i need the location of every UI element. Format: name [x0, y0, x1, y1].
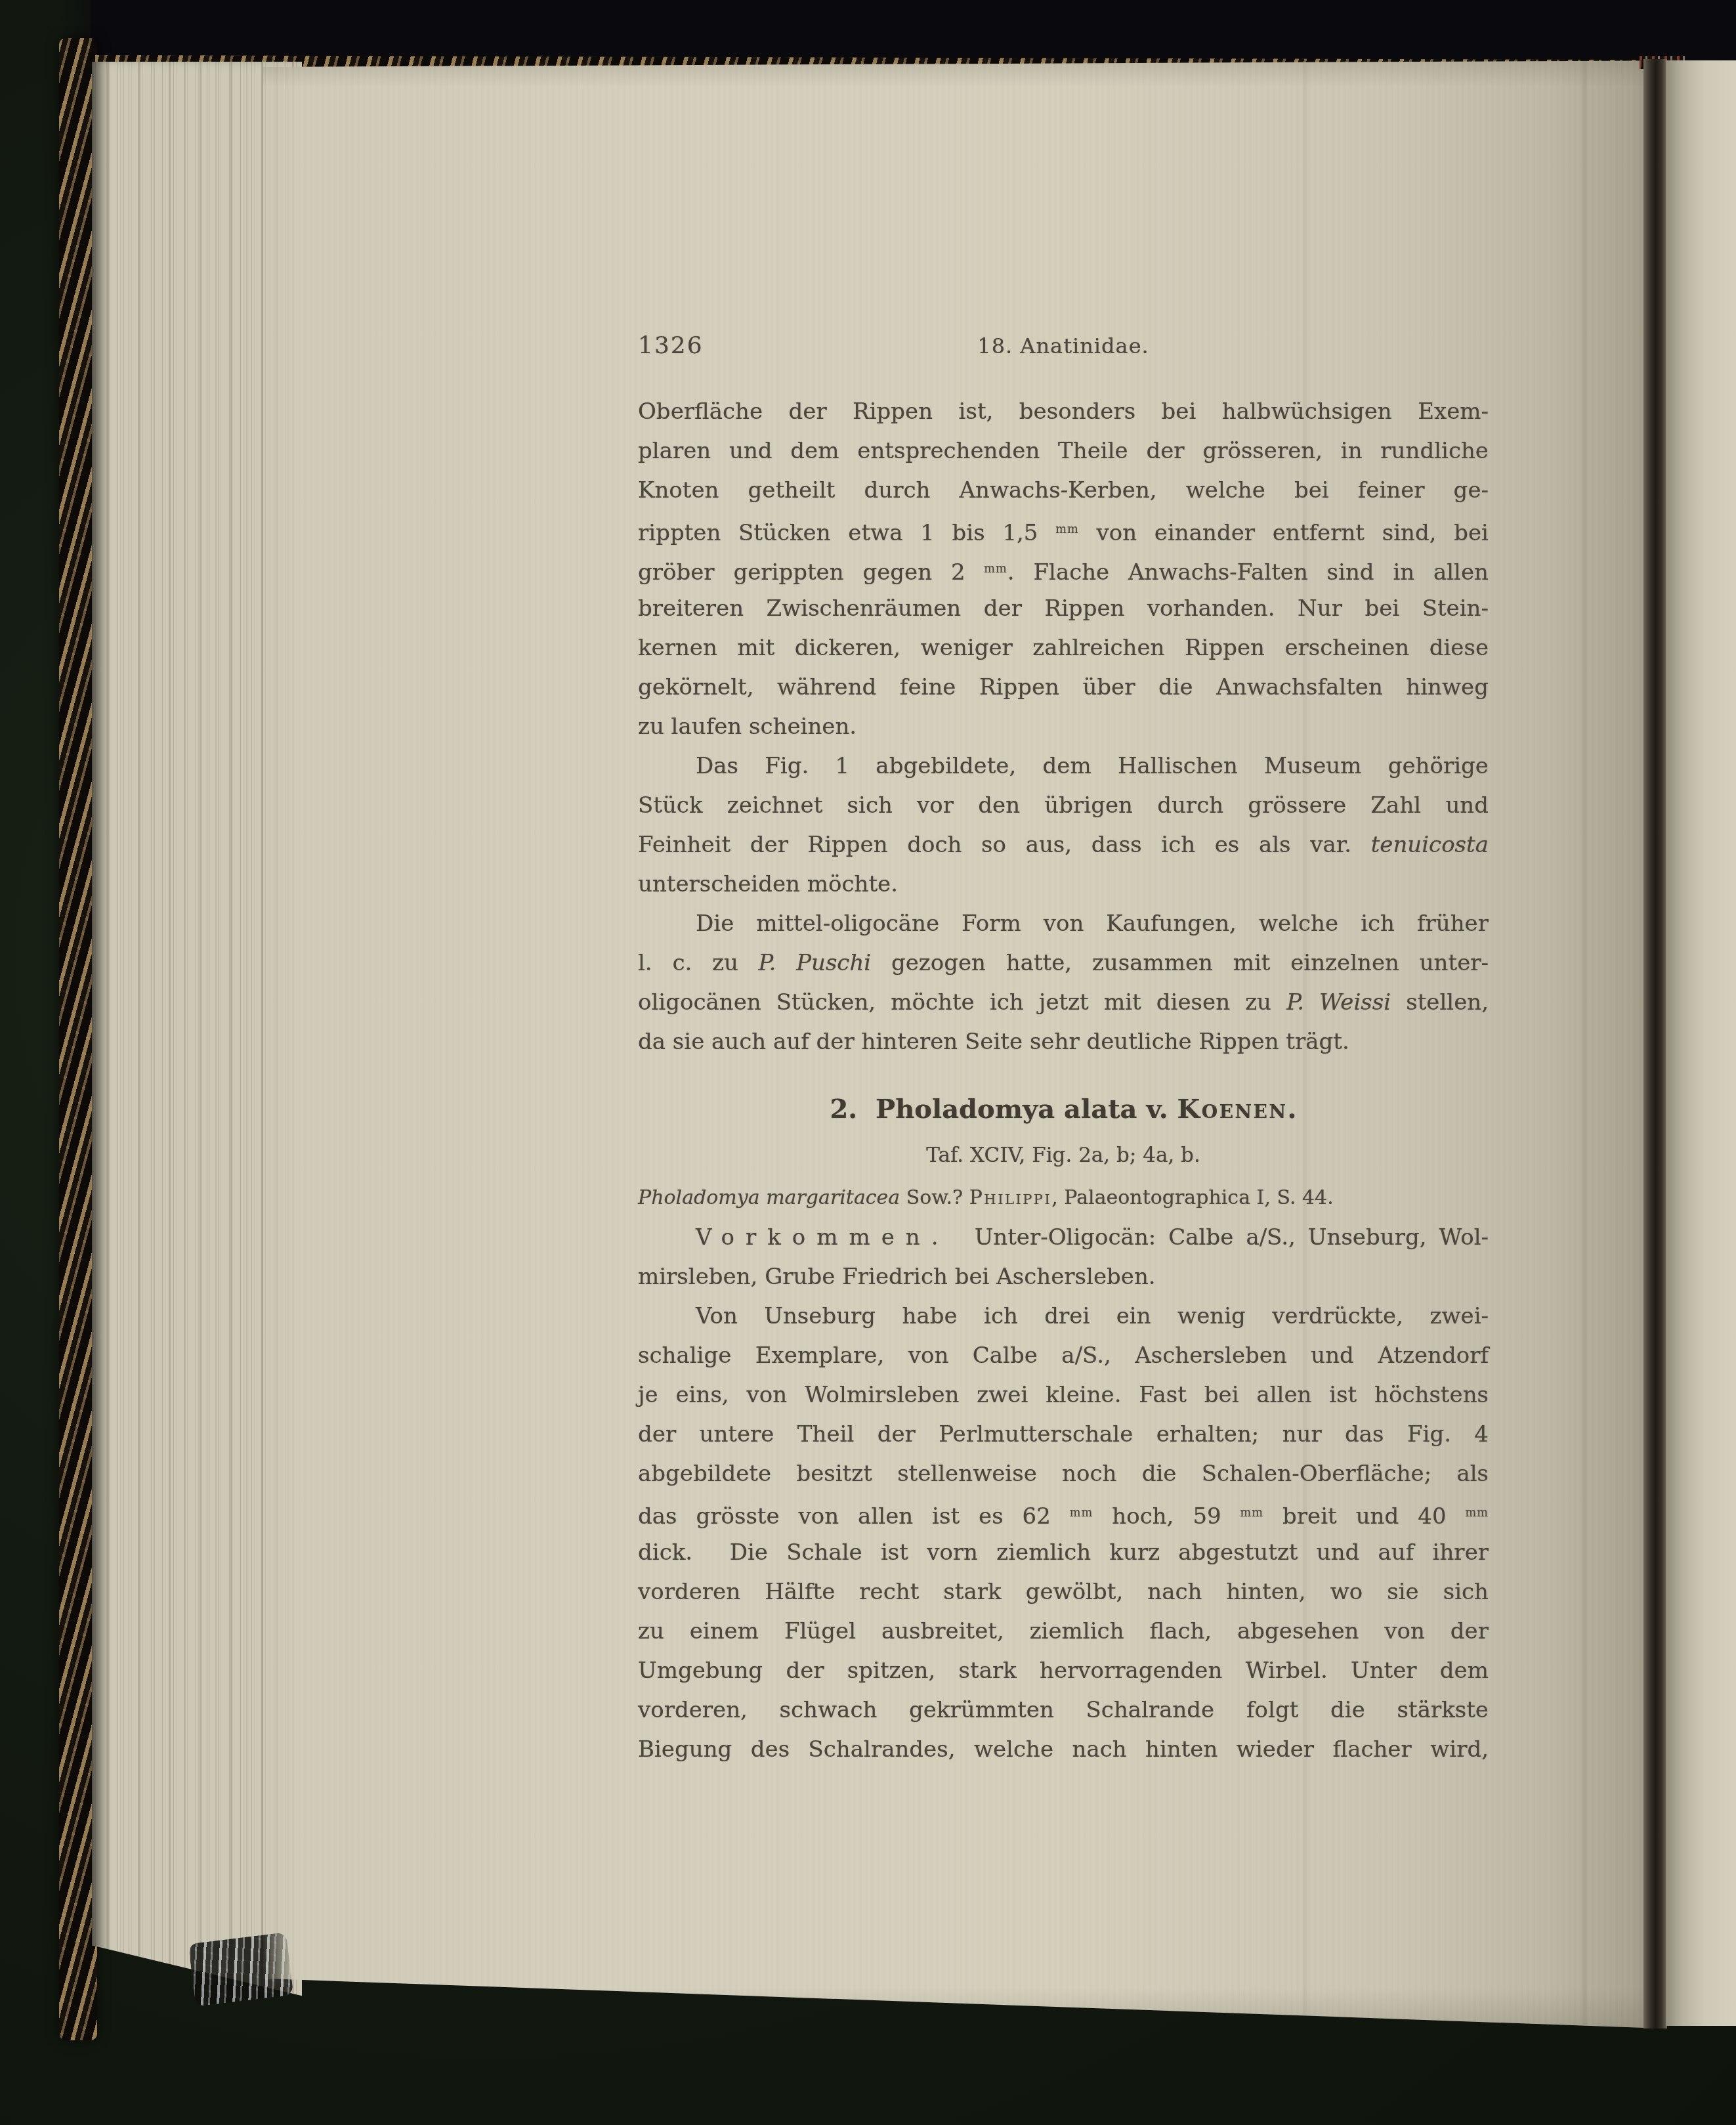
- text-line: abgebildete besitzt stellenweise noch di…: [638, 1454, 1489, 1493]
- text-segment: Vorkommen.: [696, 1224, 950, 1251]
- text-line: da sie auch auf der hinteren Seite sehr …: [638, 1022, 1489, 1062]
- text-line: kernen mit dickeren, weniger zahlreichen…: [638, 628, 1489, 668]
- text-segment: dick. Die Schale ist vorn ziemlich kurz …: [638, 1539, 1489, 1566]
- text-segment: breiteren Zwischenräumen der Rippen vorh…: [638, 595, 1489, 622]
- text-line: gekörnelt, während feine Rippen über die…: [638, 668, 1489, 707]
- running-header: 18. Anatinidae.: [638, 326, 1489, 366]
- text-segment: zu laufen scheinen.: [638, 714, 857, 740]
- text-segment: oligocänen Stücken, möchte ich jetzt mit…: [638, 989, 1286, 1016]
- text-segment: kernen mit dickeren, weniger zahlreichen…: [638, 635, 1489, 661]
- text-line: je eins, von Wolmirsleben zwei kleine. F…: [638, 1375, 1489, 1415]
- text-line: Vorkommen. Unter-Oligocän: Calbe a/S., U…: [638, 1218, 1489, 1257]
- text-line: der untere Theil der Perlmutterschale er…: [638, 1415, 1489, 1454]
- text-segment: Pholadomya alata: [876, 1094, 1137, 1125]
- text-line: rippten Stücken etwa 1 bis 1,5 mm von ei…: [638, 510, 1489, 549]
- text-segment: gekörnelt, während feine Rippen über die…: [638, 674, 1489, 700]
- text-column: 1326 18. Anatinidae. Oberfläche der Ripp…: [638, 326, 1489, 1769]
- text-segment: das grösste von allen ist es 62: [638, 1503, 1070, 1530]
- text-segment: der untere Theil der Perlmutterschale er…: [638, 1421, 1489, 1448]
- text-segment: mm: [1465, 1507, 1489, 1520]
- page-number: 1326: [638, 326, 704, 366]
- text-segment: mm: [1055, 523, 1079, 536]
- text-segment: Feinheit der Rippen doch so aus, dass ic…: [638, 832, 1371, 858]
- text-segment: Pholadomya margaritacea: [638, 1186, 900, 1209]
- text-segment: plaren und dem entsprechenden Theile der…: [638, 438, 1489, 464]
- text-segment: Koenen: [1177, 1094, 1288, 1125]
- text-segment: tenuicosta: [1371, 832, 1489, 858]
- text-line: Die mittel-oligocäne Form von Kaufungen,…: [638, 904, 1489, 943]
- synonymy-reference: Pholadomya margaritacea Sow.? Philippi, …: [638, 1178, 1489, 1218]
- text-segment: Von Unseburg habe ich drei ein wenig ver…: [696, 1303, 1489, 1329]
- text-segment: zu einem Flügel ausbreitet, ziemlich fla…: [638, 1618, 1489, 1644]
- background-top-void: [91, 0, 1736, 60]
- book-photo: 1326 18. Anatinidae. Oberfläche der Ripp…: [0, 0, 1736, 2125]
- species-heading: 2. Pholadomya alata v. Koenen.: [638, 1090, 1489, 1129]
- text-segment: vorderen Hälfte recht stark gewölbt, nac…: [638, 1579, 1489, 1605]
- text-line: vorderen, schwach gekrümmten Schalrande …: [638, 1690, 1489, 1730]
- text-line: zu einem Flügel ausbreitet, ziemlich fla…: [638, 1612, 1489, 1651]
- text-segment: vorderen, schwach gekrümmten Schalrande …: [638, 1697, 1489, 1723]
- text-line: Oberfläche der Rippen ist, besonders bei…: [638, 392, 1489, 431]
- text-segment: P. Puschi: [759, 950, 872, 976]
- text-segment: Sow.?: [900, 1186, 969, 1209]
- text-line: Stück zeichnet sich vor den übrigen durc…: [638, 786, 1489, 825]
- text-line: unterscheiden möchte.: [638, 865, 1489, 904]
- text-line: mirsleben, Grube Friedrich bei Aschersle…: [638, 1257, 1489, 1297]
- page-header: 1326 18. Anatinidae.: [638, 326, 1489, 366]
- text-segment: Stück zeichnet sich vor den übrigen durc…: [638, 792, 1489, 819]
- text-segment: .: [1288, 1094, 1297, 1125]
- text-line: breiteren Zwischenräumen der Rippen vorh…: [638, 589, 1489, 628]
- book-cover-edge-left: [59, 38, 97, 2040]
- text-segment: Unter-Oligocän: Calbe a/S., Unseburg, Wo…: [950, 1224, 1489, 1251]
- text-line: Knoten getheilt durch Anwachs-Kerben, we…: [638, 471, 1489, 510]
- text-line: Biegung des Schalrandes, welche nach hin…: [638, 1730, 1489, 1769]
- text-line: Feinheit der Rippen doch so aus, dass ic…: [638, 825, 1489, 865]
- text-segment: Die mittel-oligocäne Form von Kaufungen,…: [696, 911, 1489, 937]
- text-segment: hoch, 59: [1093, 1503, 1240, 1530]
- text-segment: je eins, von Wolmirsleben zwei kleine. F…: [638, 1382, 1489, 1408]
- text-segment: Das Fig. 1 abgebildete, dem Hallischen M…: [696, 753, 1489, 779]
- text-segment: von einander entfernt sind, bei: [1079, 520, 1489, 546]
- text-segment: v.: [1137, 1094, 1177, 1125]
- text-line: oligocänen Stücken, möchte ich jetzt mit…: [638, 983, 1489, 1022]
- text-line: plaren und dem entsprechenden Theile der…: [638, 431, 1489, 471]
- text-segment: mm: [1240, 1507, 1264, 1520]
- body-text: Oberfläche der Rippen ist, besonders bei…: [638, 392, 1489, 1769]
- text-segment: abgebildete besitzt stellenweise noch di…: [638, 1461, 1489, 1487]
- text-segment: gröber gerippten gegen 2: [638, 559, 984, 586]
- text-line: schalige Exemplare, von Calbe a/S., Asch…: [638, 1336, 1489, 1375]
- text-segment: Knoten getheilt durch Anwachs-Kerben, we…: [638, 477, 1489, 504]
- text-segment: mirsleben, Grube Friedrich bei Aschersle…: [638, 1264, 1156, 1290]
- gutter-shadow: [1643, 59, 1667, 2028]
- text-line: l. c. zu P. Puschi gezogen hatte, zusamm…: [638, 943, 1489, 983]
- text-segment: schalige Exemplare, von Calbe a/S., Asch…: [638, 1342, 1489, 1369]
- text-segment: Biegung des Schalrandes, welche nach hin…: [638, 1736, 1489, 1763]
- plate-reference: Taf. XCIV, Fig. 2a, b; 4a, b.: [638, 1136, 1489, 1175]
- facing-page-edge: [1666, 60, 1736, 2026]
- text-segment: mm: [1070, 1507, 1093, 1520]
- text-line: gröber gerippten gegen 2 mm. Flache Anwa…: [638, 549, 1489, 589]
- text-line: Das Fig. 1 abgebildete, dem Hallischen M…: [638, 746, 1489, 786]
- text-segment: Taf. XCIV, Fig. 2a, b; 4a, b.: [926, 1144, 1200, 1167]
- text-segment: stellen,: [1391, 989, 1489, 1016]
- text-segment: unterscheiden möchte.: [638, 871, 898, 897]
- text-segment: l. c. zu: [638, 950, 759, 976]
- text-segment: da sie auch auf der hinteren Seite sehr …: [638, 1029, 1349, 1055]
- text-segment: breit und 40: [1263, 1503, 1465, 1530]
- text-segment: 2.: [830, 1094, 876, 1125]
- text-segment: P. Weissi: [1286, 989, 1391, 1016]
- text-segment: Philippi: [969, 1186, 1052, 1209]
- text-segment: rippten Stücken etwa 1 bis 1,5: [638, 520, 1055, 546]
- text-segment: . Flache Anwachs-Falten sind in allen: [1007, 559, 1489, 586]
- text-segment: Umgebung der spitzen, stark hervorragend…: [638, 1658, 1489, 1684]
- text-segment: , Palaeontographica I, S. 44.: [1051, 1186, 1334, 1209]
- text-segment: gezogen hatte, zusammen mit einzelnen un…: [871, 950, 1489, 976]
- text-line: dick. Die Schale ist vorn ziemlich kurz …: [638, 1533, 1489, 1572]
- text-segment: Oberfläche der Rippen ist, besonders bei…: [638, 398, 1489, 425]
- text-segment: mm: [984, 563, 1007, 576]
- text-line: das grösste von allen ist es 62 mm hoch,…: [638, 1493, 1489, 1533]
- text-line: Von Unseburg habe ich drei ein wenig ver…: [638, 1297, 1489, 1336]
- text-line: zu laufen scheinen.: [638, 707, 1489, 746]
- text-line: vorderen Hälfte recht stark gewölbt, nac…: [638, 1572, 1489, 1612]
- text-line: Umgebung der spitzen, stark hervorragend…: [638, 1651, 1489, 1690]
